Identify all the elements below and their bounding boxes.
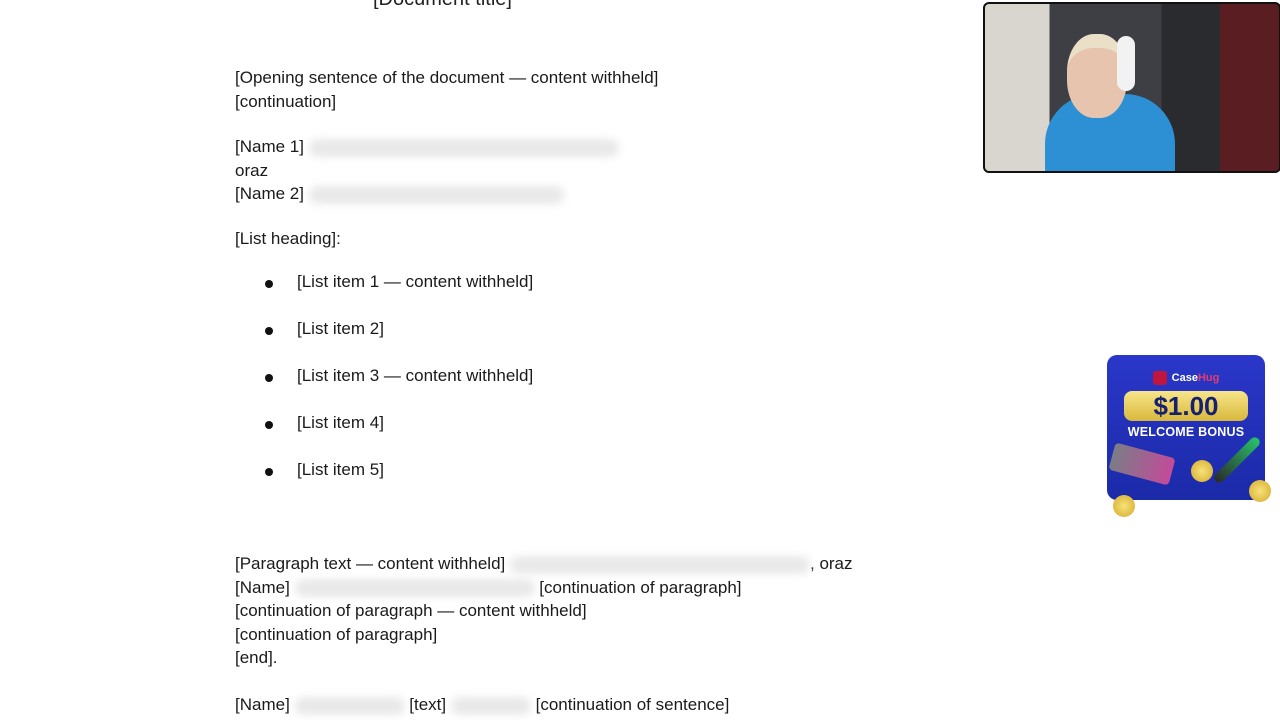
coin-icon bbox=[1191, 460, 1213, 482]
list-lead: [List heading]: bbox=[235, 227, 341, 251]
list-item: [List item 4] bbox=[265, 413, 533, 460]
redaction-blur bbox=[451, 697, 531, 715]
bullet-icon bbox=[265, 327, 273, 335]
redaction-blur bbox=[309, 186, 564, 204]
conjunction: oraz bbox=[235, 159, 619, 183]
document-title: [Document title] bbox=[373, 0, 512, 11]
bullet-icon bbox=[265, 374, 273, 382]
webcam-overlay bbox=[983, 2, 1280, 173]
headphones-icon bbox=[1117, 36, 1135, 91]
intro-line-2: [continuation] bbox=[235, 90, 658, 114]
bullet-list: [List item 1 — content withheld] [List i… bbox=[265, 272, 533, 507]
person-1-name: [Name 1] bbox=[235, 137, 304, 156]
pistol-icon bbox=[1108, 442, 1175, 485]
list-item: [List item 5] bbox=[265, 460, 533, 507]
redaction-blur bbox=[309, 139, 619, 157]
bonus-label: WELCOME BONUS bbox=[1107, 425, 1265, 439]
person-2-name: [Name 2] bbox=[235, 184, 304, 203]
sponsor-brand: CaseHug bbox=[1107, 371, 1265, 385]
redaction-blur bbox=[295, 697, 405, 715]
bullet-icon bbox=[265, 280, 273, 288]
list-item: [List item 2] bbox=[265, 319, 533, 366]
persons-block: [Name 1] oraz [Name 2] bbox=[235, 135, 619, 206]
paragraph-2: [Paragraph text — content withheld] , or… bbox=[235, 552, 853, 670]
brand-logo-icon bbox=[1153, 371, 1167, 385]
bonus-amount: $1.00 bbox=[1124, 391, 1248, 421]
bullet-icon bbox=[265, 421, 273, 429]
coin-icon bbox=[1113, 495, 1135, 517]
knife-icon bbox=[1212, 435, 1261, 484]
intro-line-1: [Opening sentence of the document — cont… bbox=[235, 66, 658, 90]
coin-icon bbox=[1249, 480, 1271, 502]
bullet-icon bbox=[265, 468, 273, 476]
sponsor-banner[interactable]: CaseHug $1.00 WELCOME BONUS bbox=[1107, 355, 1265, 500]
list-item: [List item 1 — content withheld] bbox=[265, 272, 533, 319]
redaction-blur bbox=[510, 556, 810, 574]
intro-paragraph: [Opening sentence of the document — cont… bbox=[235, 66, 658, 113]
redaction-blur bbox=[295, 579, 535, 597]
list-item: [List item 3 — content withheld] bbox=[265, 366, 533, 413]
paragraph-3: [Name] [text] [continuation of sentence] bbox=[235, 693, 729, 717]
